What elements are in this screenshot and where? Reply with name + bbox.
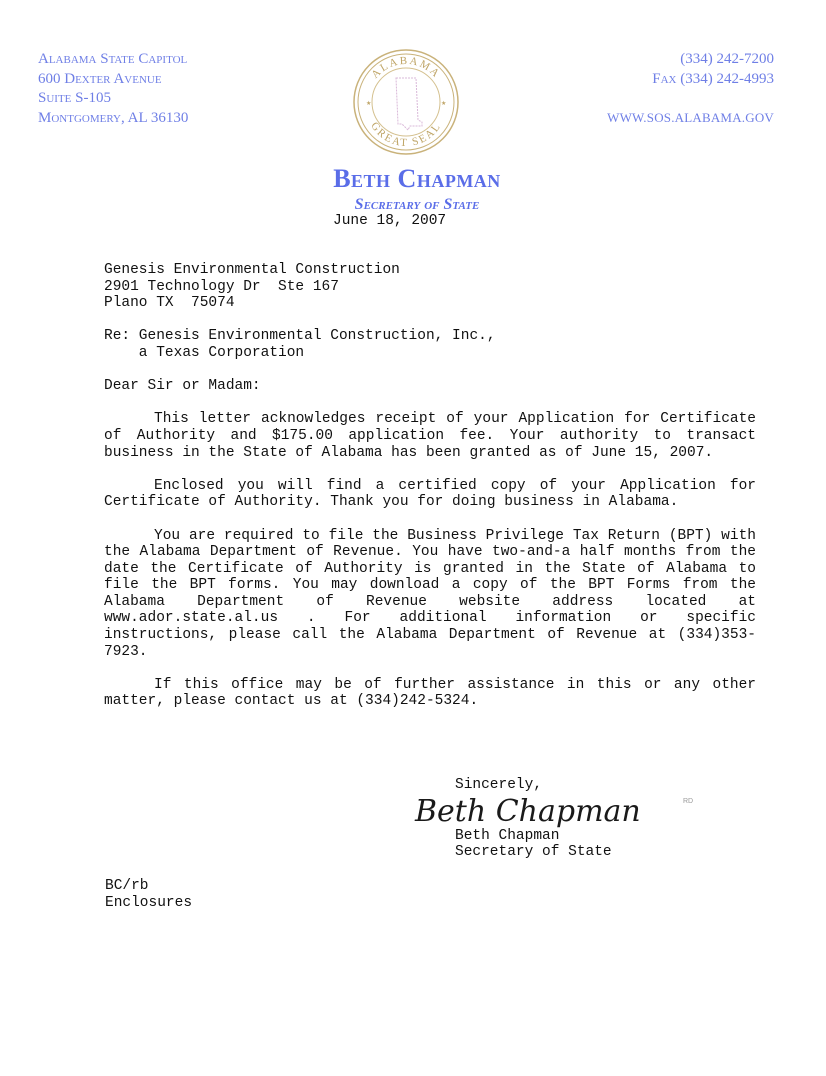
- address-line: 600 Dexter Avenue: [38, 70, 188, 90]
- re-line-2: a Texas Corporation: [104, 345, 756, 362]
- paragraph-bpt: You are required to file the Business Pr…: [104, 528, 756, 661]
- paragraph-contact: If this office may be of further assista…: [104, 677, 756, 710]
- letter-footer: BC/rb Enclosures: [105, 878, 192, 911]
- alabama-great-seal-icon: ALABAMA GREAT SEAL ★ ★: [352, 48, 460, 156]
- salutation: Dear Sir or Madam:: [104, 378, 756, 395]
- fax-label: Fax: [652, 71, 676, 87]
- recipient-line: 2901 Technology Dr Ste 167: [104, 279, 756, 296]
- recipient-address: Genesis Environmental Construction 2901 …: [104, 262, 756, 312]
- handwritten-signature-icon: Beth Chapman RD: [405, 783, 705, 833]
- address-line: Montgomery, AL 36130: [38, 109, 188, 129]
- signer-title: Secretary of State: [455, 844, 612, 861]
- contact-info: (334) 242-7200 Fax (334) 242-4993 WWW.SO…: [607, 50, 774, 128]
- svg-text:GREAT SEAL: GREAT SEAL: [368, 120, 444, 149]
- recipient-line: Genesis Environmental Construction: [104, 262, 756, 279]
- signature-text: Beth Chapman: [414, 794, 641, 829]
- reference-initials: BC/rb: [105, 878, 192, 895]
- seal-bottom-text: GREAT SEAL: [368, 120, 444, 149]
- letter-body: Genesis Environmental Construction 2901 …: [104, 262, 756, 710]
- re-line: Re: Genesis Environmental Construction, …: [104, 328, 756, 361]
- paragraph-acknowledgement: This letter acknowledges receipt of your…: [104, 411, 756, 461]
- recipient-line: Plano TX 75074: [104, 295, 756, 312]
- enclosures-note: Enclosures: [105, 895, 192, 912]
- website-link[interactable]: WWW.SOS.ALABAMA.GOV: [607, 108, 774, 128]
- signature-initials: RD: [683, 798, 693, 805]
- paragraph-enclosure: Enclosed you will find a certified copy …: [104, 478, 756, 511]
- svg-text:★: ★: [441, 100, 446, 107]
- re-line-1: Re: Genesis Environmental Construction, …: [104, 328, 756, 345]
- fax-line: Fax (334) 242-4993: [607, 70, 774, 90]
- svg-text:★: ★: [366, 100, 371, 107]
- fax-number: (334) 242-4993: [680, 71, 774, 87]
- address-line: Suite S-105: [38, 89, 188, 109]
- phone-number: (334) 242-7200: [607, 50, 774, 70]
- official-title: Secretary of State: [0, 196, 826, 214]
- official-name: Beth Chapman: [0, 164, 826, 194]
- letter-date: June 18, 2007: [333, 213, 446, 229]
- address-line: Alabama State Capitol: [38, 50, 188, 70]
- official-header: Beth Chapman Secretary of State: [0, 164, 826, 214]
- office-address: Alabama State Capitol 600 Dexter Avenue …: [38, 50, 188, 128]
